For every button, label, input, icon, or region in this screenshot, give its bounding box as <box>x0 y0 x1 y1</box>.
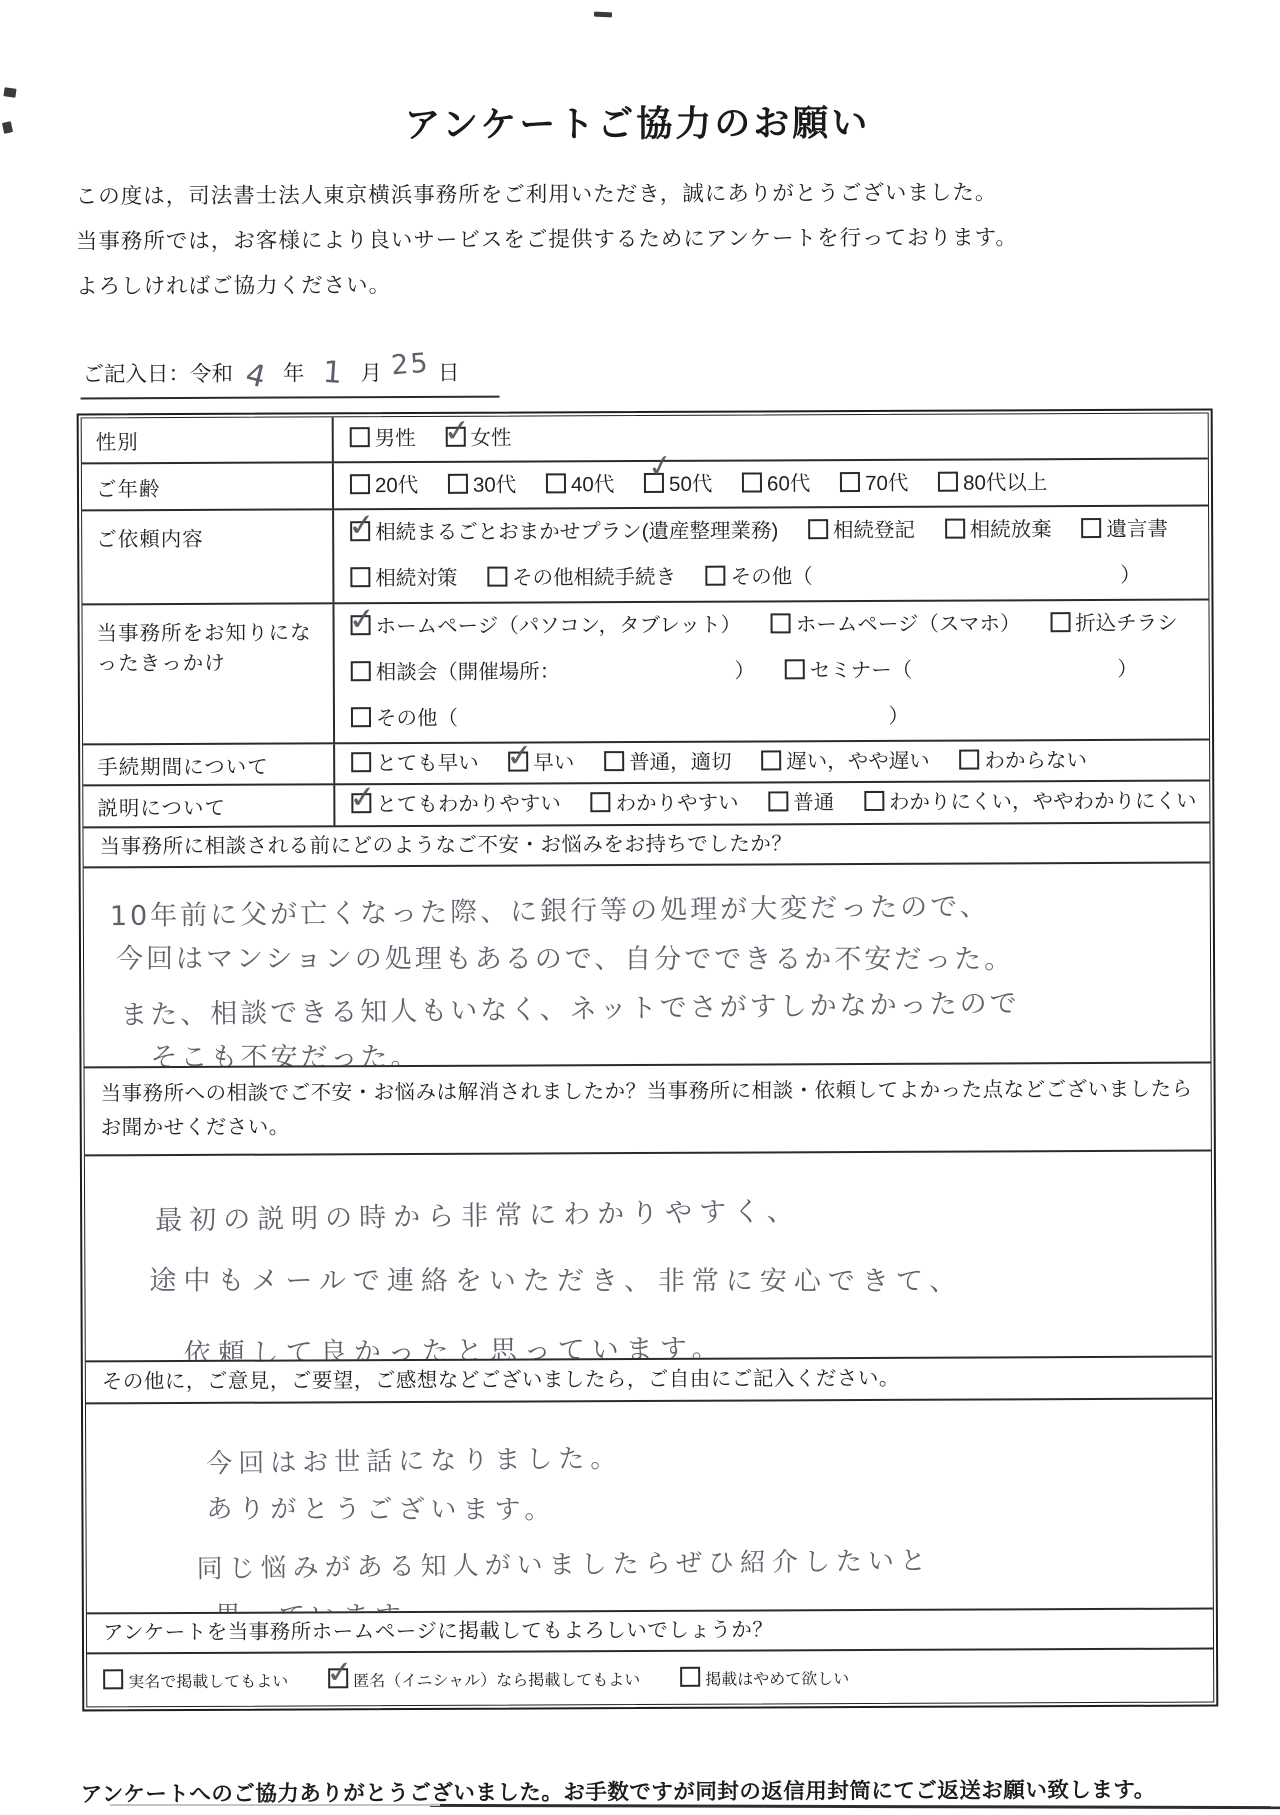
option-normal[interactable]: 普通 <box>768 791 834 814</box>
option-age-70s[interactable]: 70代 <box>840 471 908 494</box>
option-very-clear[interactable]: ✓とてもわかりやすい <box>351 792 561 816</box>
option-inheritance-renunciation-label: 相続放棄 <box>970 518 1052 541</box>
intro-line-3: よろしければご協力ください。 <box>76 265 1208 301</box>
option-no-publication-label: 掲載はやめて欲しい <box>705 1671 849 1689</box>
checkbox-icon[interactable] <box>351 707 371 727</box>
checkbox-icon[interactable] <box>938 471 958 491</box>
date-year-unit: 年 <box>283 361 305 385</box>
checkbox-icon[interactable] <box>785 659 805 679</box>
checkbox-icon[interactable] <box>1050 612 1070 632</box>
question1-answer-area[interactable]: 10年前に父が亡くなった際、に銀行等の処理が大変だったので、 今回はマンションの… <box>84 864 1211 1069</box>
checkbox-icon[interactable] <box>350 567 370 587</box>
option-fast-label: 早い <box>533 751 574 774</box>
option-flyer-label: 折込チラシ <box>1075 612 1178 635</box>
option-consultation-event-label: 相談会（開催場所： ） <box>376 659 755 684</box>
option-female[interactable]: ✓女性 <box>445 427 511 450</box>
option-male-label: 男性 <box>375 427 416 450</box>
handwritten-line: 同じ悩みがある知人がいましたらぜひ紹介したいと <box>196 1532 1203 1596</box>
option-inheritance-plan-label: 相続まるごとおまかせプラン(遺産整理業務) <box>375 519 778 544</box>
row-gender: 性別 男性 ✓女性 <box>82 414 1208 465</box>
date-month-value[interactable]: 1 <box>309 354 355 392</box>
option-normal-label: 普通 <box>793 791 834 814</box>
option-age-50s-label: 50代 <box>669 472 712 495</box>
question1-header: 当事務所に相談される前にどのようなご不安・お悩みをお持ちでしたか？ <box>83 824 1209 869</box>
checkbox-icon[interactable] <box>761 750 781 770</box>
option-real-name-ok-label: 実名で掲載してもよい <box>128 1673 288 1691</box>
handwritten-line: 今回はマンションの処理もあるので、自分でできるか不安だった。 <box>116 934 1200 984</box>
handwritten-check-icon: ✓ <box>348 782 379 815</box>
option-inheritance-registration[interactable]: 相続登記 <box>808 519 915 542</box>
option-very-fast[interactable]: とても早い <box>351 751 479 775</box>
option-no-publication[interactable]: 掲載はやめて欲しい <box>680 1666 849 1690</box>
checkbox-icon[interactable] <box>448 473 468 493</box>
option-real-name-ok[interactable]: 実名で掲載してもよい <box>103 1668 288 1692</box>
explanation-label: 説明について <box>83 785 335 826</box>
survey-table: 性別 男性 ✓女性 ご年齢 20代 30代 40代 ✓50代 <box>81 413 1215 1708</box>
page-title: アンケートご協力のお願い <box>0 0 1277 150</box>
date-day-unit: 日 <box>438 361 460 385</box>
handwritten-line: 今回はお世話になりました。 <box>206 1425 1203 1491</box>
handwritten-line: 最初の説明の時から非常にわかりやすく、 <box>155 1172 1202 1256</box>
checkbox-icon[interactable]: ✓ <box>445 427 465 447</box>
checkbox-icon[interactable] <box>959 749 979 769</box>
checkbox-icon[interactable] <box>771 613 791 633</box>
option-seminar[interactable]: セミナー（ ） <box>785 658 1138 683</box>
option-age-40s-label: 40代 <box>571 473 614 496</box>
question2-header: 当事務所への相談でご不安・お悩みは解消されましたか？当事務所に相談・依頼してよか… <box>85 1064 1211 1157</box>
option-age-80s[interactable]: 80代以上 <box>938 471 1047 494</box>
option-male[interactable]: 男性 <box>350 427 416 450</box>
option-homepage-pc-label: ホームページ（パソコン，タブレット） <box>376 614 742 639</box>
checkbox-icon[interactable] <box>1081 518 1101 538</box>
handwritten-line: 途中もメールで連絡をいただき、非常に安心できて、 <box>149 1247 1201 1316</box>
option-inheritance-measures[interactable]: 相続対策 <box>350 567 457 590</box>
checkbox-icon[interactable]: ✓ <box>350 521 370 541</box>
handwritten-line: 10年前に父が亡くなった際、に銀行等の処理が大変だったので、 <box>110 880 1200 941</box>
option-unclear-label: わかりにくい，ややわかりにくい <box>889 790 1197 814</box>
handwritten-line: ありがとうございます。 <box>206 1483 1202 1539</box>
checkbox-icon[interactable] <box>487 567 507 587</box>
checkbox-icon[interactable]: ✓ <box>351 793 371 813</box>
question3-header: その他に，ご意見，ご要望，ご感想などございましたら，ご自由にご記入ください。 <box>86 1358 1212 1405</box>
option-anonymous-ok[interactable]: ✓匿名（イニシャル）なら掲載してもよい <box>328 1667 640 1691</box>
option-slow-label: 遅い，やや遅い <box>786 749 930 773</box>
option-will-label: 遺言書 <box>1106 518 1168 541</box>
checkbox-icon[interactable] <box>103 1669 123 1689</box>
option-consultation-event[interactable]: 相談会（開催場所： ） <box>351 659 755 684</box>
option-female-label: 女性 <box>470 427 511 450</box>
checkbox-icon[interactable]: ✓ <box>351 615 371 635</box>
scan-edge-artifact <box>430 1804 1280 1809</box>
checkbox-icon[interactable] <box>350 427 370 447</box>
option-request-other[interactable]: その他（ ） <box>706 564 1141 589</box>
checkbox-icon[interactable] <box>546 473 566 493</box>
handwritten-line: また、相談できる知人もいなく、ネットでさがすしかなかったので <box>120 977 1201 1040</box>
option-unclear[interactable]: わかりにくい，ややわかりにくい <box>864 790 1197 814</box>
option-age-40s[interactable]: 40代 <box>546 473 614 496</box>
option-age-20s-label: 20代 <box>375 473 418 496</box>
checkbox-icon[interactable] <box>680 1666 700 1686</box>
option-inheritance-renunciation[interactable]: 相続放棄 <box>945 518 1052 541</box>
option-inheritance-plan[interactable]: ✓相続まるごとおまかせプラン(遺産整理業務) <box>350 519 778 544</box>
option-flyer[interactable]: 折込チラシ <box>1050 612 1178 636</box>
checkbox-icon[interactable] <box>808 519 828 539</box>
question2-text: 当事務所への相談でご不安・お悩みは解消されましたか？当事務所に相談・依頼してよか… <box>101 1073 1195 1146</box>
publication-options: 実名で掲載してもよい ✓匿名（イニシャル）なら掲載してもよい 掲載はやめて欲しい <box>87 1651 899 1707</box>
option-homepage-smartphone[interactable]: ホームページ（スマホ） <box>771 612 1021 636</box>
option-normal-appropriate-label: 普通，適切 <box>629 750 732 773</box>
question3-text: その他に，ご意見，ご要望，ご感想などございましたら，ご自由にご記入ください。 <box>102 1362 900 1399</box>
option-normal-appropriate[interactable]: 普通，適切 <box>604 750 732 774</box>
checkbox-icon[interactable]: ✓ <box>508 751 528 771</box>
option-age-60s[interactable]: 60代 <box>742 472 810 495</box>
row-age: ご年齢 20代 30代 40代 ✓50代 60代 70代 80代以上 <box>82 460 1208 512</box>
checkbox-icon[interactable] <box>351 661 371 681</box>
option-request-other-label: その他（ ） <box>731 564 1141 589</box>
row-publication-consent: 実名で掲載してもよい ✓匿名（イニシャル）なら掲載してもよい 掲載はやめて欲しい <box>87 1650 1213 1707</box>
scanned-survey-sheet: アンケートご協力のお願い この度は，司法書士法人東京横浜事務所をご利用いただき，… <box>0 0 1280 1815</box>
handwritten-check-icon: ✓ <box>505 740 536 773</box>
option-clear[interactable]: わかりやすい <box>591 792 739 816</box>
option-very-fast-label: とても早い <box>376 751 479 774</box>
age-label: ご年齢 <box>82 463 334 509</box>
date-day-value[interactable]: 25 <box>387 347 433 381</box>
handwritten-check-icon: ✓ <box>346 510 377 543</box>
option-age-70s-label: 70代 <box>865 471 908 494</box>
option-age-30s-label: 30代 <box>473 473 516 496</box>
row-request-type: ご依頼内容 ✓相続まるごとおまかせプラン(遺産整理業務) 相続登記 相続放棄 遺… <box>82 507 1208 606</box>
option-other-inheritance-label: その他相続手続き <box>512 566 676 590</box>
option-very-clear-label: とてもわかりやすい <box>376 792 561 816</box>
checkbox-icon[interactable] <box>351 752 371 772</box>
checkbox-icon[interactable] <box>591 792 611 812</box>
handwritten-check-icon: ✓ <box>442 415 473 448</box>
option-slow[interactable]: 遅い，やや遅い <box>761 749 930 773</box>
date-year-value[interactable]: 4 <box>229 354 280 398</box>
checkbox-icon[interactable]: ✓ <box>328 1668 348 1688</box>
option-will[interactable]: 遺言書 <box>1081 518 1168 541</box>
option-dont-know[interactable]: わからない <box>959 749 1087 773</box>
question3-answer-area[interactable]: 今回はお世話になりました。 ありがとうございます。 同じ悩みがある知人がいました… <box>86 1400 1213 1615</box>
fill-in-date-line: ご記入日：令和4年1月25日 <box>80 353 499 400</box>
option-seminar-label: セミナー（ ） <box>810 658 1138 682</box>
handwritten-check-icon: ✓ <box>347 604 378 637</box>
document-content: アンケートご協力のお願い この度は，司法書士法人東京横浜事務所をご利用いただき，… <box>0 0 1280 1809</box>
option-age-60s-label: 60代 <box>767 472 810 495</box>
question1-text: 当事務所に相談される前にどのようなご不安・お悩みをお持ちでしたか？ <box>99 827 792 864</box>
option-dont-know-label: わからない <box>984 749 1087 772</box>
option-inheritance-registration-label: 相続登記 <box>833 519 915 542</box>
intro-line-2: 当事務所では，お客様により良いサービスをご提供するためにアンケートを行っておりま… <box>76 220 1208 256</box>
option-clear-label: わかりやすい <box>616 792 739 816</box>
question4-header: アンケートを当事務所ホームページに掲載してもよろしいでしょうか？ <box>87 1610 1213 1655</box>
checkbox-icon[interactable]: ✓ <box>644 472 664 492</box>
date-label: ご記入日：令和 <box>82 362 233 387</box>
option-homepage-pc[interactable]: ✓ホームページ（パソコン，タブレット） <box>351 614 742 639</box>
checkbox-icon[interactable] <box>604 751 624 771</box>
request-label: ご依頼内容 <box>82 510 334 603</box>
option-age-50s[interactable]: ✓50代 <box>644 472 712 495</box>
option-homepage-smartphone-label: ホームページ（スマホ） <box>796 612 1021 636</box>
option-other-inheritance[interactable]: その他相続手続き <box>487 566 676 590</box>
option-age-80s-label: 80代以上 <box>963 471 1047 494</box>
intro-line-1: この度は，司法書士法人東京横浜事務所をご利用いただき，誠にありがとうございました… <box>76 175 1208 211</box>
checkbox-icon[interactable] <box>945 519 965 539</box>
handwritten-line: 依頼して良かったと思っています。 <box>183 1311 1202 1363</box>
row-explanation: 説明について ✓とてもわかりやすい わかりやすい 普通 わかりにくい，ややわかり… <box>83 782 1209 829</box>
checkbox-icon[interactable] <box>350 474 370 494</box>
date-month-unit: 月 <box>360 361 382 385</box>
option-age-30s[interactable]: 30代 <box>448 473 516 496</box>
option-anonymous-ok-label: 匿名（イニシャル）なら掲載してもよい <box>353 1672 640 1690</box>
handwritten-check-icon: ✓ <box>324 1656 355 1689</box>
checkbox-icon[interactable] <box>742 472 762 492</box>
checkbox-icon[interactable] <box>768 791 788 811</box>
question2-answer-area[interactable]: 最初の説明の時から非常にわかりやすく、 途中もメールで連絡をいただき、非常に安心… <box>85 1152 1212 1363</box>
checkbox-icon[interactable] <box>706 566 726 586</box>
scan-edge-artifact <box>110 1804 440 1806</box>
option-inheritance-measures-label: 相続対策 <box>375 567 457 590</box>
gender-label: 性別 <box>82 417 334 462</box>
option-source-other[interactable]: その他（ ） <box>351 705 909 730</box>
how-found-label: 当事務所をお知りになったきっかけ <box>82 604 335 743</box>
row-how-found: 当事務所をお知りになったきっかけ ✓ホームページ（パソコン，タブレット） ホーム… <box>82 601 1209 746</box>
checkbox-icon[interactable] <box>864 791 884 811</box>
checkbox-icon[interactable] <box>840 472 860 492</box>
procedure-speed-label: 手続期間について <box>83 744 335 784</box>
option-fast[interactable]: ✓早い <box>508 751 574 774</box>
handwritten-line: そこも不安だった。 <box>150 1032 1200 1068</box>
option-age-20s[interactable]: 20代 <box>350 473 418 496</box>
question4-text: アンケートを当事務所ホームページに掲載してもよろしいでしょうか？ <box>103 1613 774 1650</box>
option-source-other-label: その他（ ） <box>376 705 909 730</box>
intro-paragraph: この度は，司法書士法人東京横浜事務所をご利用いただき，誠にありがとうございました… <box>76 175 1209 301</box>
